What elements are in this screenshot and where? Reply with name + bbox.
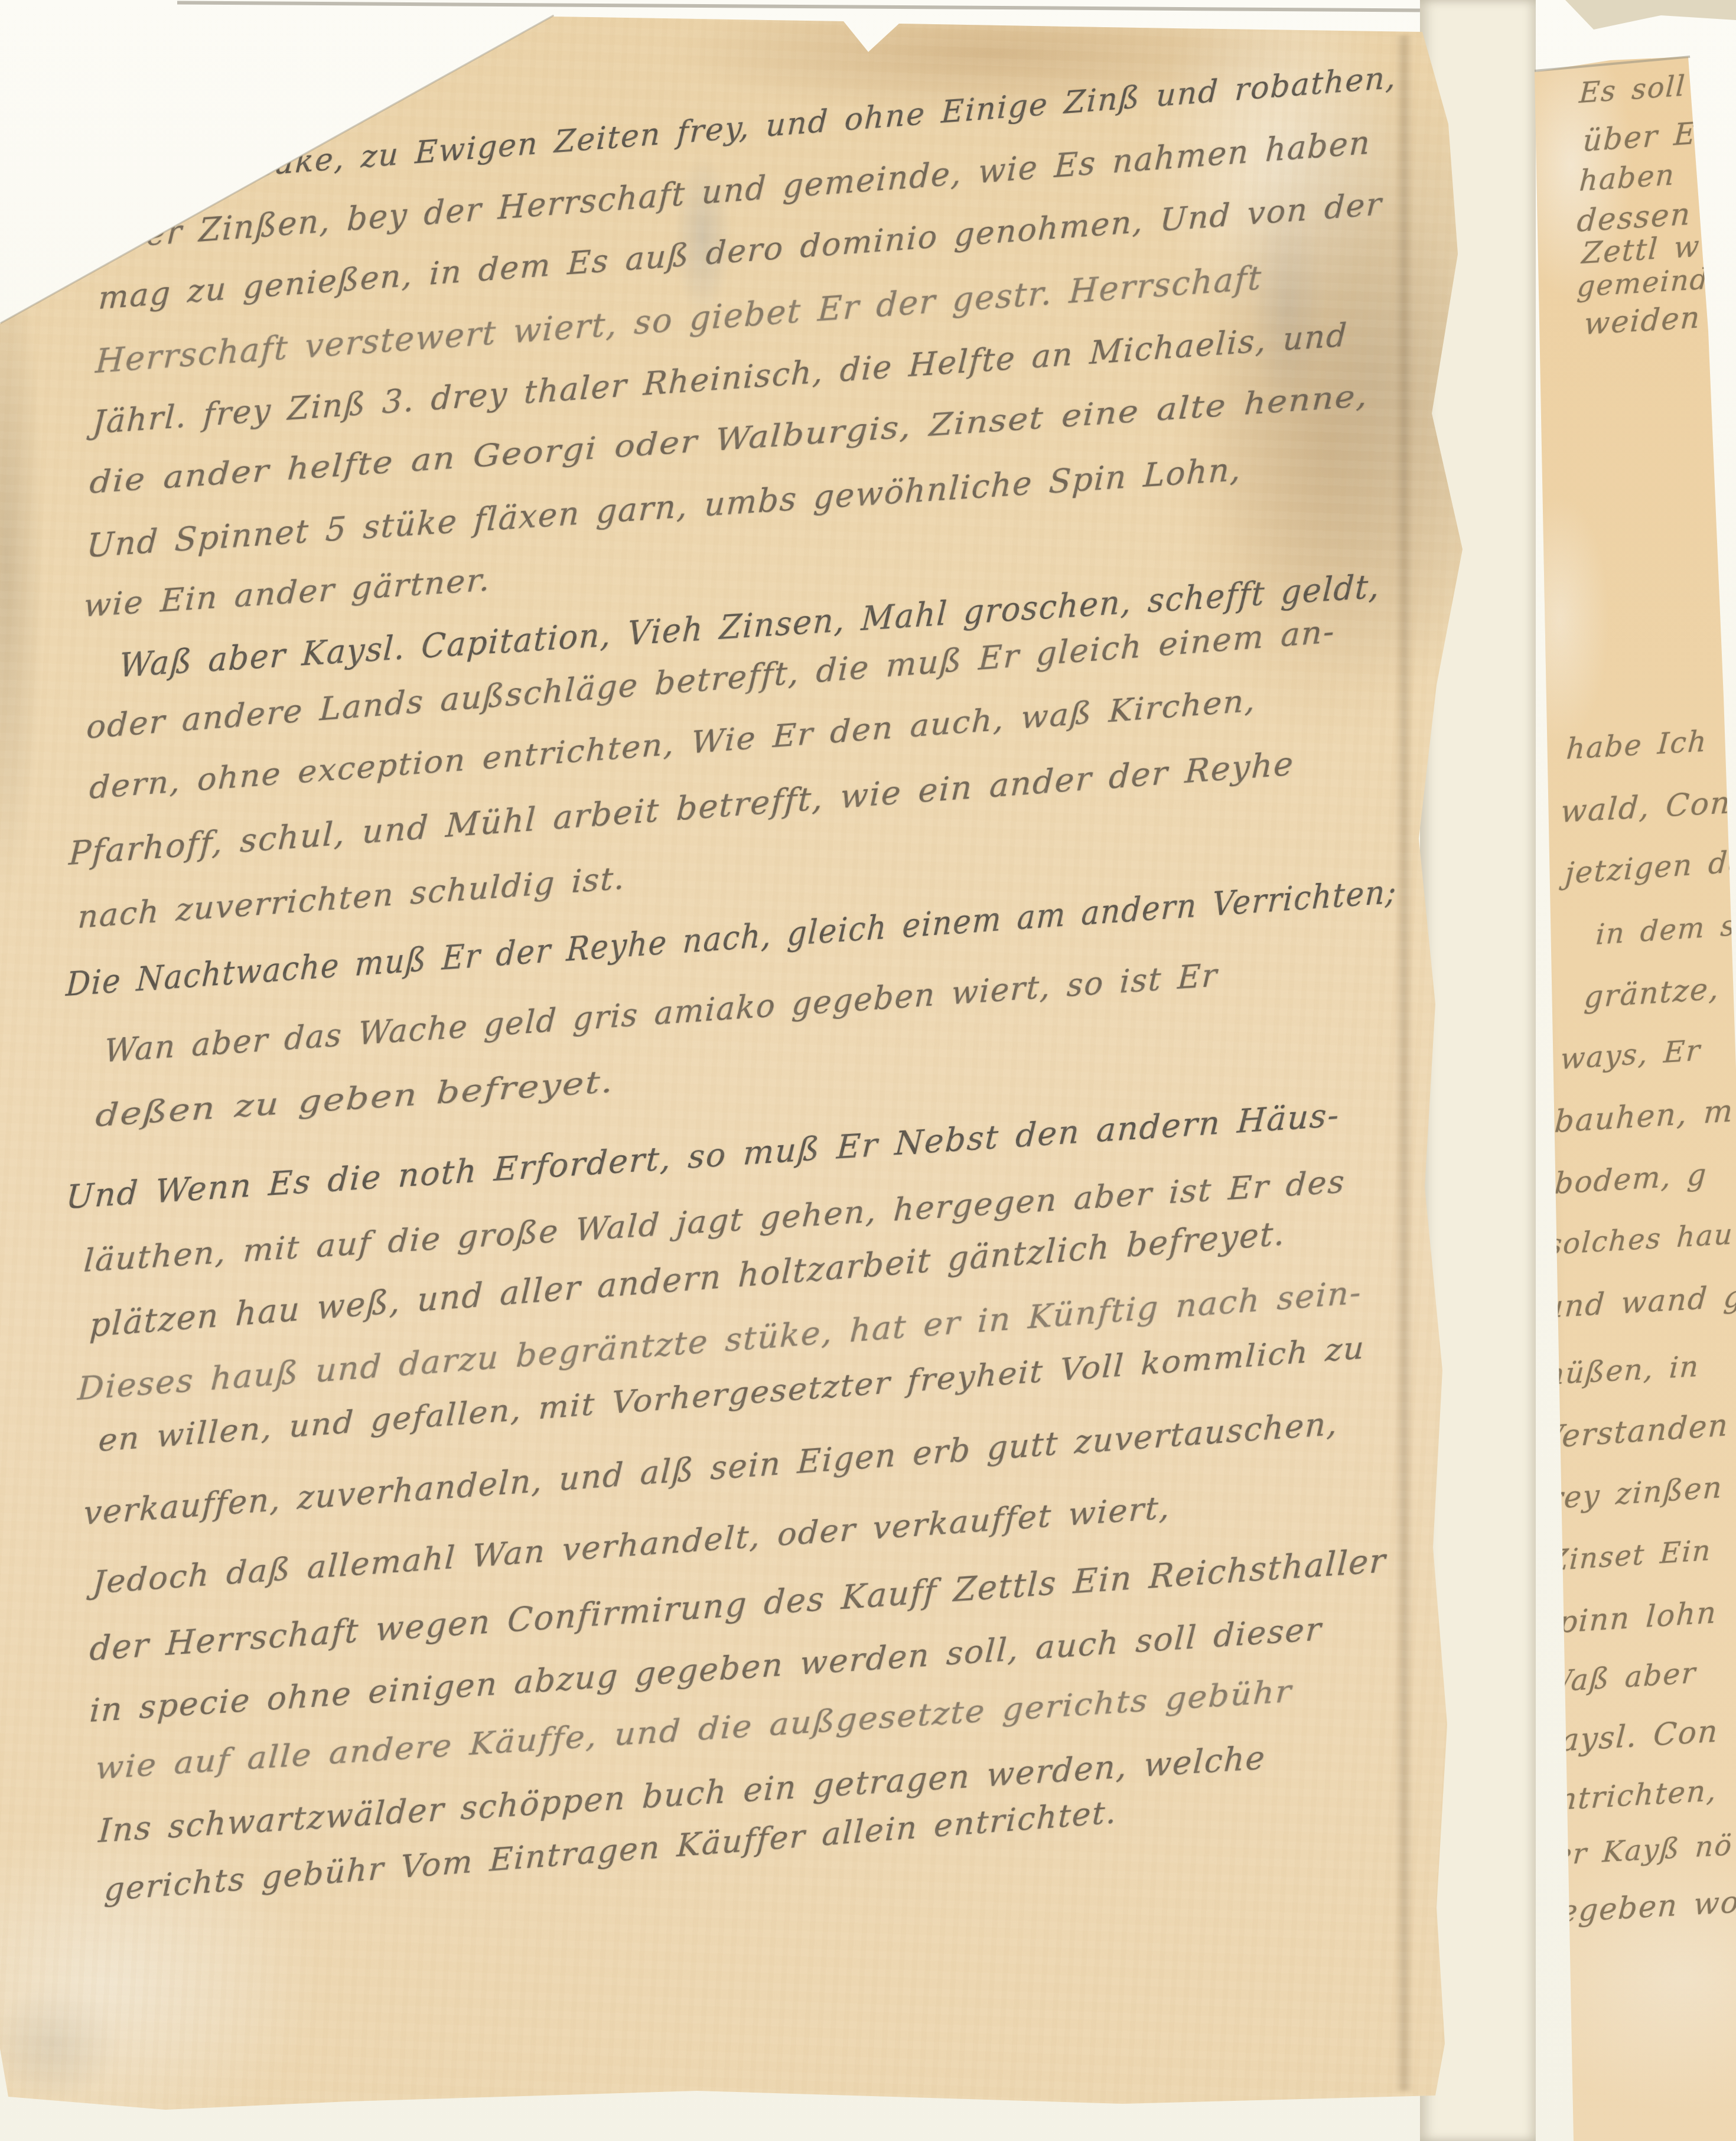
manuscript-line: in dem s — [1595, 909, 1736, 951]
manuscript-line: spinn lohn — [1540, 1595, 1718, 1641]
manuscript-line: Es soll — [1578, 69, 1687, 110]
manuscript-line: frey zinßen — [1536, 1470, 1724, 1517]
manuscript-line: müßen, in — [1536, 1350, 1701, 1392]
manuscript-line: nach zuverrichten schuldig ist. — [77, 860, 626, 936]
manuscript-line: wald, Con — [1559, 785, 1732, 830]
manuscript-line: jetzigen da — [1564, 844, 1736, 891]
manuscript-line: der Kayß nö — [1535, 1829, 1734, 1873]
manuscript-line: über E — [1582, 116, 1698, 159]
manuscript-line: bodem, g — [1553, 1157, 1708, 1201]
page-fold-shadow — [1395, 35, 1413, 2091]
manuscript-line: ways, Er — [1559, 1034, 1702, 1076]
manuscript-line: und wand gra — [1543, 1277, 1736, 1325]
manuscript-line: gemeind — [1576, 262, 1710, 304]
scanned-document: 14 Wind stüke, zu Ewigen Zeiten frey, un… — [0, 0, 1736, 2141]
manuscript-line: haben — [1578, 158, 1676, 198]
manuscript-line: entrichten, — [1538, 1773, 1718, 1818]
manuscript-line: Waß aber — [1542, 1656, 1698, 1699]
manuscript-line: Zinset Ein — [1548, 1534, 1712, 1578]
manuscript-line: solches hau — [1546, 1218, 1735, 1262]
manuscript-line: gegeben wor — [1538, 1884, 1736, 1931]
manuscript-line: Verstanden — [1540, 1407, 1730, 1456]
manuscript-line: Kaysl. Con — [1536, 1713, 1719, 1760]
scanner-edge-line — [177, 1, 1420, 12]
manuscript-line: deßen zu geben befreyet. — [95, 1064, 615, 1134]
manuscript-line: wie Ein ander gärtner. — [83, 562, 492, 624]
manuscript-line: bauhen, m — [1553, 1093, 1735, 1140]
manuscript-line: gräntze, s — [1583, 969, 1736, 1015]
manuscript-line: weiden — [1583, 300, 1702, 342]
manuscript-line: habe Ich — [1565, 724, 1709, 766]
